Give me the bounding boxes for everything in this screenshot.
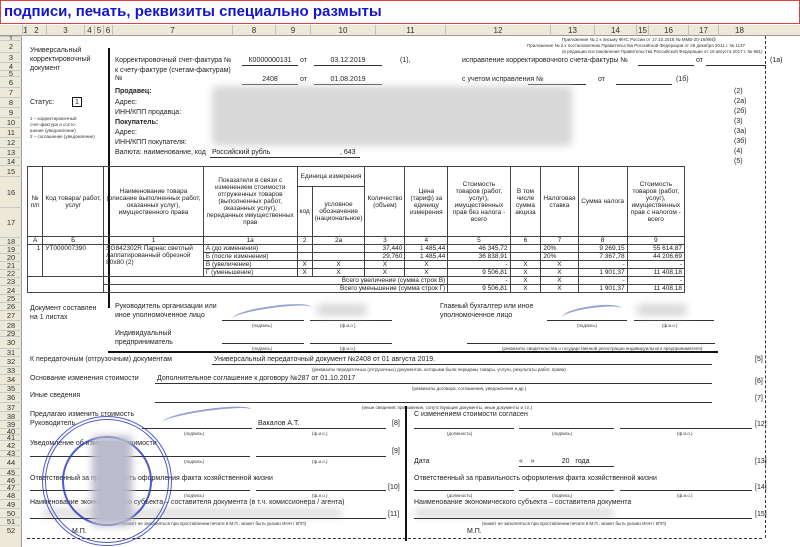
head-short-label: Руководитель: [30, 420, 75, 427]
doc-pages: Документ составлен на 1 листах: [30, 304, 105, 322]
item-num: 1: [28, 245, 43, 277]
head-label: Руководитель организации или иное уполно…: [115, 302, 225, 320]
th-excise: В том числе сумма акциза: [510, 167, 541, 237]
row-header[interactable]: 8: [0, 97, 22, 107]
doc-type: Универсальный корректировочный документ: [30, 46, 110, 73]
status-legend: 1 – корректировочный: [30, 116, 76, 121]
table-cell: 1 485,44: [405, 245, 448, 253]
table-cell: 1 485,44: [405, 253, 448, 261]
column-number: 9: [627, 237, 684, 245]
table-cell: X: [510, 269, 541, 277]
table-row: 1УТ000007390SG842302R Парнас светлый лап…: [28, 245, 685, 253]
table-cell: 11 408,18: [627, 285, 684, 293]
row-header[interactable]: 37: [0, 402, 22, 411]
sign-hint: (подпись): [184, 459, 204, 464]
underline: [155, 383, 712, 384]
sign-hint: (подпись): [552, 431, 572, 436]
spreadsheet-sheet: Универсальный корректировочный документ …: [22, 36, 800, 547]
total-row: Всего уменьшение (сумма строк Г)9 506,81…: [28, 285, 685, 293]
seller-inn-label: ИНН/КПП продавца:: [115, 109, 181, 116]
transfer-value[interactable]: Универсальный передаточный документ №240…: [214, 356, 435, 363]
currency-code: , 643: [340, 149, 356, 156]
fio-line: [634, 320, 714, 321]
signature-line: [519, 490, 614, 491]
fio-hint: (ф.и.о.): [340, 323, 355, 328]
sign-hint: (подпись): [552, 493, 572, 498]
table-cell: X: [365, 269, 405, 277]
underline: [242, 65, 298, 66]
th-unit: Единица измерения: [297, 167, 365, 187]
row-header[interactable]: 32: [0, 356, 22, 366]
note-1: Приложение № 1 к письму ФНС России от 17…: [562, 37, 716, 42]
th-qty: Количество (объем): [365, 167, 405, 237]
code-5: [5]: [755, 356, 763, 363]
fio-line: [310, 343, 392, 344]
other-label: Иные сведения: [30, 392, 80, 399]
row-header[interactable]: 33: [0, 366, 22, 374]
column-number: 7: [541, 237, 578, 245]
corr-invoice-date[interactable]: 03.12.2019: [314, 57, 382, 64]
position-line: [414, 490, 514, 491]
field-code: (3а): [734, 128, 746, 135]
column-header[interactable]: 7: [112, 25, 232, 36]
head-name: Вакалов А.Т.: [258, 420, 299, 427]
column-number: 2: [297, 237, 312, 245]
field-code: (5): [734, 158, 743, 165]
fio-line: [620, 428, 752, 429]
fio-line: [620, 490, 752, 491]
table-cell: [297, 253, 312, 261]
row-header[interactable]: 19: [0, 245, 22, 253]
row-header[interactable]: 18: [0, 237, 22, 245]
code-1a: (1а): [770, 57, 782, 64]
table-cell: Г (уменьшение): [203, 269, 297, 277]
row-header[interactable]: 24: [0, 285, 22, 294]
blurred-name: [637, 304, 687, 316]
field-code: (2б): [734, 108, 747, 115]
column-number: 5: [448, 237, 510, 245]
corr-invoice-label: Корректировочный счет-фактура №: [115, 57, 231, 64]
row-header[interactable]: 14: [0, 157, 22, 165]
table-cell: 36 838,91: [448, 253, 510, 261]
column-number: 3: [365, 237, 405, 245]
column-header[interactable]: 18: [718, 25, 760, 36]
table-cell: -: [627, 261, 684, 269]
row-header[interactable]: 10: [0, 117, 22, 127]
block-bottom: [108, 351, 718, 353]
blurred-name: [317, 304, 367, 316]
underline: [638, 65, 694, 66]
date-label: Дата: [414, 458, 430, 465]
underline: [212, 364, 712, 365]
row-header[interactable]: 7: [0, 87, 22, 97]
row-header[interactable]: 34: [0, 374, 22, 384]
column-number: А: [28, 237, 43, 245]
sign-hint: (подпись): [184, 493, 204, 498]
table-cell: 9 506,81: [448, 269, 510, 277]
table-cell: -: [448, 261, 510, 269]
row-header[interactable]: 3: [0, 52, 22, 62]
row-header[interactable]: 27: [0, 310, 22, 320]
th-name: Наименование товара (описание выполненны…: [104, 167, 204, 237]
date-value[interactable]: « » 20 года: [519, 458, 590, 465]
code-1: (1),: [400, 57, 411, 64]
accountant-label: Главный бухгалтер или иное уполномоченно…: [440, 302, 550, 320]
table-cell: 7 367,78: [578, 253, 627, 261]
table-cell: X: [510, 261, 541, 269]
column-header[interactable]: 10: [310, 25, 375, 36]
from-label: от: [598, 76, 605, 83]
total-label: Всего увеличение (сумма строк В): [104, 277, 448, 285]
fio-line: [256, 428, 386, 429]
table-cell: [297, 245, 312, 253]
column-number: Б: [43, 237, 104, 245]
row-header[interactable]: 15: [0, 165, 22, 176]
row-header[interactable]: 45: [0, 468, 22, 475]
field-code: (4): [734, 148, 743, 155]
row-headers: 1234567891011121314151617181920212223242…: [0, 36, 22, 547]
th-tax: Сумма налога: [578, 167, 627, 237]
table-cell: 1 901,37: [578, 269, 627, 277]
from-label: от: [300, 76, 307, 83]
th-rate: Налоговая ставка: [541, 167, 578, 237]
table-cell: X: [541, 261, 578, 269]
table-cell: X: [510, 285, 541, 293]
row-header[interactable]: 48: [0, 490, 22, 499]
basis-hint: (реквизиты договора, соглашения, уведомл…: [412, 386, 526, 391]
underline: [242, 84, 298, 85]
column-number: 2а: [312, 237, 365, 245]
table-cell: Б (после изменения): [203, 253, 297, 261]
column-header[interactable]: 17: [688, 25, 718, 36]
buyer-inn-label: ИНН/КПП покупателя:: [115, 139, 187, 146]
status-legend: шение (уведомление): [30, 128, 76, 133]
code-11: [11]: [388, 511, 399, 518]
fio-line: [310, 320, 392, 321]
field-code: (2а): [734, 98, 746, 105]
signature-line: [222, 343, 304, 344]
table-cell: 20%: [541, 253, 578, 261]
code-8: [8]: [392, 420, 400, 427]
responsible-label-2: Ответственный за правильность оформления…: [414, 475, 657, 482]
to-invoice-label: к счету-фактуре (счетам-фактурам) №: [115, 67, 240, 83]
item-name: SG842302R Парнас светлый лаппатированный…: [104, 245, 204, 277]
column-header[interactable]: 14: [594, 25, 636, 36]
table-cell: X: [405, 269, 448, 277]
row-header[interactable]: 12: [0, 137, 22, 147]
item-code: УТ000007390: [43, 245, 104, 277]
column-number: 6: [510, 237, 541, 245]
entity-name-label-2: Наименование экономического субъекта – с…: [414, 499, 631, 506]
row-header[interactable]: 31: [0, 348, 22, 356]
fio-line: [256, 490, 386, 491]
blurred-stamp-center: [92, 436, 132, 526]
ip-reqs-line: [467, 343, 715, 344]
table-cell: 29,760: [365, 253, 405, 261]
column-number: 1а: [203, 237, 297, 245]
column-header[interactable]: 4: [84, 25, 94, 36]
table-cell: 46 345,72: [448, 245, 510, 253]
table-cell: 44 206,69: [627, 253, 684, 261]
table-cell: X: [541, 277, 578, 285]
row-header[interactable]: 36: [0, 392, 22, 402]
agree-label: С изменением стоимости согласен: [414, 411, 528, 418]
status-legend: 2 – соглашение (уведомление): [30, 134, 95, 139]
row-header[interactable]: 25: [0, 294, 22, 302]
code-10: [10]: [388, 484, 400, 491]
row-header[interactable]: 2: [0, 40, 22, 52]
from-label: от: [696, 57, 703, 64]
table-cell: -: [578, 261, 627, 269]
table-cell: В (увеличение): [203, 261, 297, 269]
row-header[interactable]: 23: [0, 277, 22, 285]
field-code: (2): [734, 88, 743, 95]
underline: [616, 84, 672, 85]
row-header[interactable]: 20: [0, 253, 22, 261]
entrepreneur-label: Индивидуальный предприниматель: [115, 329, 205, 347]
status-label: Статус:: [30, 99, 54, 106]
fio-hint: (ф.и.о.): [312, 459, 327, 464]
code-1b: (1б): [676, 76, 689, 83]
to-invoice-number[interactable]: 2408: [242, 76, 298, 83]
mp-label-2: М.П.: [467, 528, 482, 535]
fio-hint: (ф.и.о.): [677, 431, 692, 436]
row-header[interactable]: 35: [0, 384, 22, 392]
underline: [314, 65, 382, 66]
th-unit-name: условное обозначение (национальное): [312, 187, 365, 237]
row-header[interactable]: 30: [0, 336, 22, 348]
th-num: № п/п: [28, 167, 43, 237]
table-cell: X: [541, 269, 578, 277]
to-invoice-date[interactable]: 01.08.2019: [314, 76, 382, 83]
column-number: 1: [104, 237, 204, 245]
buyer-label: Покупатель:: [115, 119, 158, 126]
table-cell: 37,440: [365, 245, 405, 253]
status-legend: счет-фактура и состо-: [30, 122, 76, 127]
signature-scribble: [231, 301, 312, 326]
sign-hint: (подпись): [252, 323, 272, 328]
row-header[interactable]: 26: [0, 302, 22, 310]
divider: [405, 406, 407, 541]
underline: [706, 65, 766, 66]
signature-scribble: [161, 403, 252, 429]
fio-hint: (ф.и.о.): [662, 323, 677, 328]
table-cell: -: [627, 277, 684, 285]
column-header[interactable]: 8: [232, 25, 275, 36]
signature-line: [142, 428, 252, 429]
row-header[interactable]: 38: [0, 411, 22, 420]
table-cell: X: [297, 269, 312, 277]
row-header[interactable]: 44: [0, 456, 22, 468]
column-number: 4: [405, 237, 448, 245]
column-header[interactable]: 13: [550, 25, 594, 36]
table-cell: 1 901,37: [578, 285, 627, 293]
th-price: Цена (тариф) за единицу измерения: [405, 167, 448, 237]
row-header[interactable]: 49: [0, 499, 22, 508]
blurred-party-details: [212, 86, 572, 146]
table-cell: 9 506,81: [448, 285, 510, 293]
table-cell: 55 614,87: [627, 245, 684, 253]
table-cell: X: [405, 261, 448, 269]
page-break: [27, 538, 762, 539]
total-row: Всего увеличение (сумма строк В)-XX--: [28, 277, 685, 285]
field-code: (3): [734, 118, 743, 125]
row-header[interactable]: 22: [0, 269, 22, 277]
row-header[interactable]: 9: [0, 107, 22, 117]
row-header[interactable]: 21: [0, 261, 22, 269]
table-cell: [510, 253, 541, 261]
basis-label: Основание изменения стоимости: [30, 375, 139, 382]
empty-cell: [28, 277, 104, 293]
row-header[interactable]: 6: [0, 76, 22, 87]
row-header[interactable]: 16: [0, 176, 22, 207]
fix-label: исправление корректировочного счета-факт…: [462, 57, 628, 64]
buyer-address-label: Адрес:: [115, 129, 137, 136]
column-header[interactable]: 15: [636, 25, 648, 36]
underline: [414, 518, 752, 519]
mp-hint: (может не заполняться при проставлении п…: [482, 521, 666, 526]
blurred-entity: [414, 509, 614, 517]
th-cost: Стоимость товаров (работ, услуг), имущес…: [448, 167, 510, 237]
sign-hint: (подпись): [184, 431, 204, 436]
row-header[interactable]: 17: [0, 207, 22, 237]
table-cell: [510, 245, 541, 253]
column-header[interactable]: 16: [648, 25, 688, 36]
th-code: Код товара/ работ, услуг: [43, 167, 104, 237]
row-header[interactable]: 51: [0, 517, 22, 525]
column-header[interactable]: 12: [445, 25, 550, 36]
underline: [314, 84, 382, 85]
underline: [528, 84, 586, 85]
field-code: (3б): [734, 138, 747, 145]
th-total: Стоимость товаров (работ, услуг), имущес…: [627, 167, 684, 237]
position-line: [414, 428, 514, 429]
code-7: [7]: [755, 395, 763, 402]
table-cell: 9 269,15: [578, 245, 627, 253]
transfer-label: К передаточным (отгрузочным) документам: [30, 356, 172, 363]
column-header[interactable]: 2: [26, 25, 46, 36]
table-cell: X: [365, 261, 405, 269]
code-6: [6]: [755, 378, 763, 385]
seller-address-label: Адрес:: [115, 99, 137, 106]
banner-text: подписи, печать, реквизиты специально ра…: [4, 3, 382, 20]
transfer-hint: (реквизиты передаточных (отгрузочных) до…: [312, 367, 566, 372]
th-indicators: Показатели в связи с изменением стоимост…: [203, 167, 297, 237]
table-cell: X: [297, 261, 312, 269]
column-header[interactable]: 6: [103, 25, 112, 36]
other-hint: (иные сведения: приложения, сопутствующи…: [362, 405, 532, 410]
table-cell: -: [578, 277, 627, 285]
table-cell: [312, 245, 365, 253]
items-table: № п/п Код товара/ работ, услуг Наименова…: [27, 166, 685, 293]
table-cell: 11 408,18: [627, 269, 684, 277]
underline: [519, 466, 614, 467]
total-label: Всего уменьшение (сумма строк Г): [104, 285, 448, 293]
column-header[interactable]: 9: [275, 25, 310, 36]
row-header[interactable]: 11: [0, 127, 22, 137]
column-header[interactable]: 5: [94, 25, 103, 36]
fio-line: [256, 456, 386, 457]
status-value[interactable]: 1: [72, 97, 82, 107]
note-3: (в редакции постановления Правительства …: [562, 49, 763, 54]
blur-notice-banner: подписи, печать, реквизиты специально ра…: [0, 0, 800, 24]
row-header[interactable]: 13: [0, 147, 22, 157]
signature-line: [519, 428, 614, 429]
row-header[interactable]: 50: [0, 508, 22, 517]
sign-hint: (подпись): [577, 323, 597, 328]
with-fix-label: с учетом исправления №: [462, 76, 544, 83]
table-cell: X: [312, 269, 365, 277]
note-2: Приложение № 2 к постановлению Правитель…: [527, 43, 745, 48]
table-cell: 20%: [541, 245, 578, 253]
seller-label: Продавец:: [115, 88, 152, 95]
column-header[interactable]: 11: [375, 25, 445, 36]
table-cell: А (до изменения): [203, 245, 297, 253]
table-cell: [312, 253, 365, 261]
row-header[interactable]: 52: [0, 525, 22, 535]
from-label: от: [300, 57, 307, 64]
position-hint: (должность): [447, 493, 472, 498]
fio-hint: (ф.и.о.): [312, 431, 327, 436]
currency-label: Валюта: наименование, код: [115, 149, 206, 156]
code-9: [9]: [392, 448, 400, 455]
underline: [210, 157, 360, 158]
position-hint: (должность): [447, 431, 472, 436]
column-header[interactable]: 3: [46, 25, 84, 36]
column-number: 8: [578, 237, 627, 245]
th-unit-code: код: [297, 187, 312, 237]
corr-invoice-number[interactable]: К0000000131: [242, 57, 298, 64]
table-cell: X: [541, 285, 578, 293]
table-cell: X: [312, 261, 365, 269]
page-break-vertical: [765, 36, 766, 538]
fio-hint: (ф.и.о.): [312, 493, 327, 498]
column-headers: 123456789101112131415161718: [0, 25, 800, 36]
underline: [155, 402, 712, 403]
fio-hint: (ф.и.о.): [677, 493, 692, 498]
currency-name: Российский рубль: [212, 149, 270, 156]
table-cell: -: [448, 277, 510, 285]
table-cell: X: [510, 277, 541, 285]
basis-value[interactable]: Дополнительное соглашение к договору №28…: [157, 375, 355, 382]
